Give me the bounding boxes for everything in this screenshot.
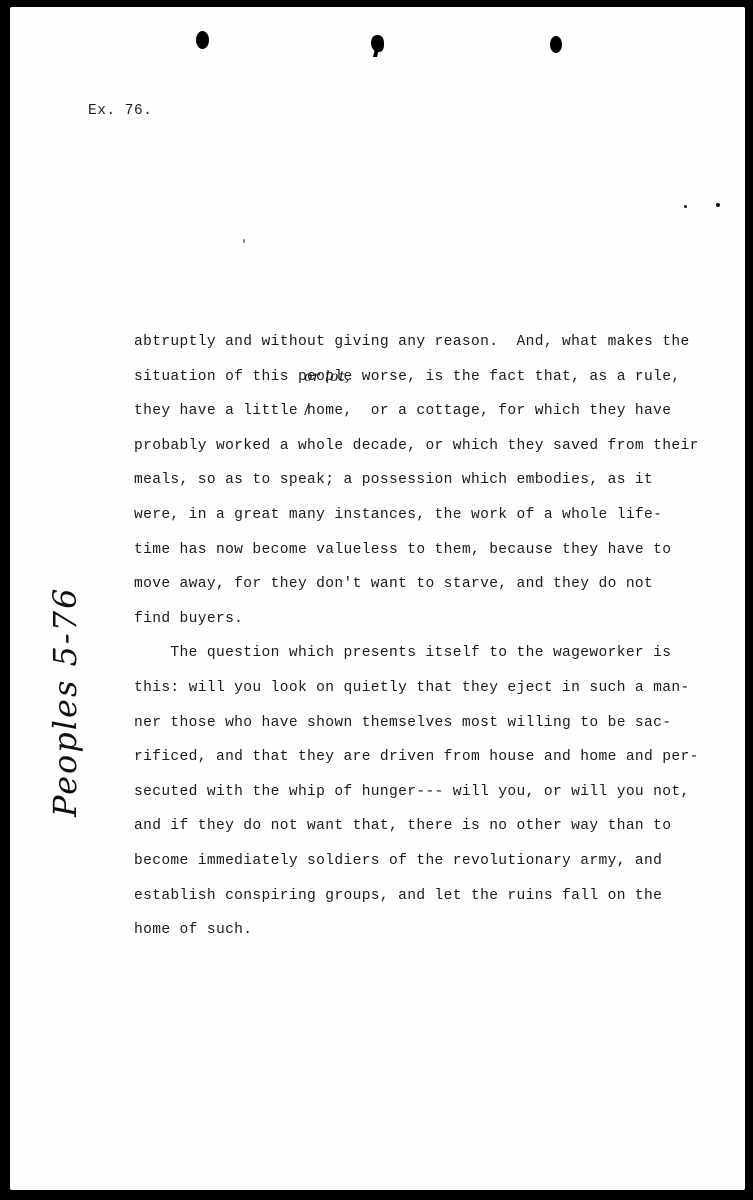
punch-hole-center-tear [373,49,379,57]
text-line: they have a little home, or a cottage, f… [134,394,734,429]
text-line: time has now become valueless to them, b… [134,533,734,568]
text-line: find buyers. [134,602,734,637]
text-line: were, in a great many instances, the wor… [134,498,734,533]
text-line: secuted with the whip of hunger--- will … [134,775,734,810]
text-line: and if they do not want that, there is n… [134,809,734,844]
text-line: situation of this people worse, is the f… [134,360,734,395]
text-line: The question which presents itself to th… [134,636,734,671]
text-line: home of such. [134,913,734,948]
exhibit-label: Ex. 76. [88,103,152,119]
text-line: this: will you look on quietly that they… [134,671,734,706]
document-page: Ex. 76. Peoples 5-76 or lot, abtruptly a… [10,7,745,1190]
text-line: rificed, and that they are driven from h… [134,740,734,775]
text-line: establish conspiring groups, and let the… [134,879,734,914]
ink-speck [243,239,245,243]
text-line: become immediately soldiers of the revol… [134,844,734,879]
ink-speck [684,205,687,208]
text-line: meals, so as to speak; a possession whic… [134,463,734,498]
text-line: probably worked a whole decade, or which… [134,429,734,464]
typed-body-text: abtruptly and without giving any reason.… [134,325,734,948]
punch-hole-right [550,36,562,53]
text-line: abtruptly and without giving any reason.… [134,325,734,360]
text-line: ner those who have shown themselves most… [134,706,734,741]
punch-hole-left [196,31,209,49]
text-line: move away, for they don't want to starve… [134,567,734,602]
ink-speck [716,203,720,207]
handwritten-margin-note: Peoples 5-76 [46,587,84,817]
